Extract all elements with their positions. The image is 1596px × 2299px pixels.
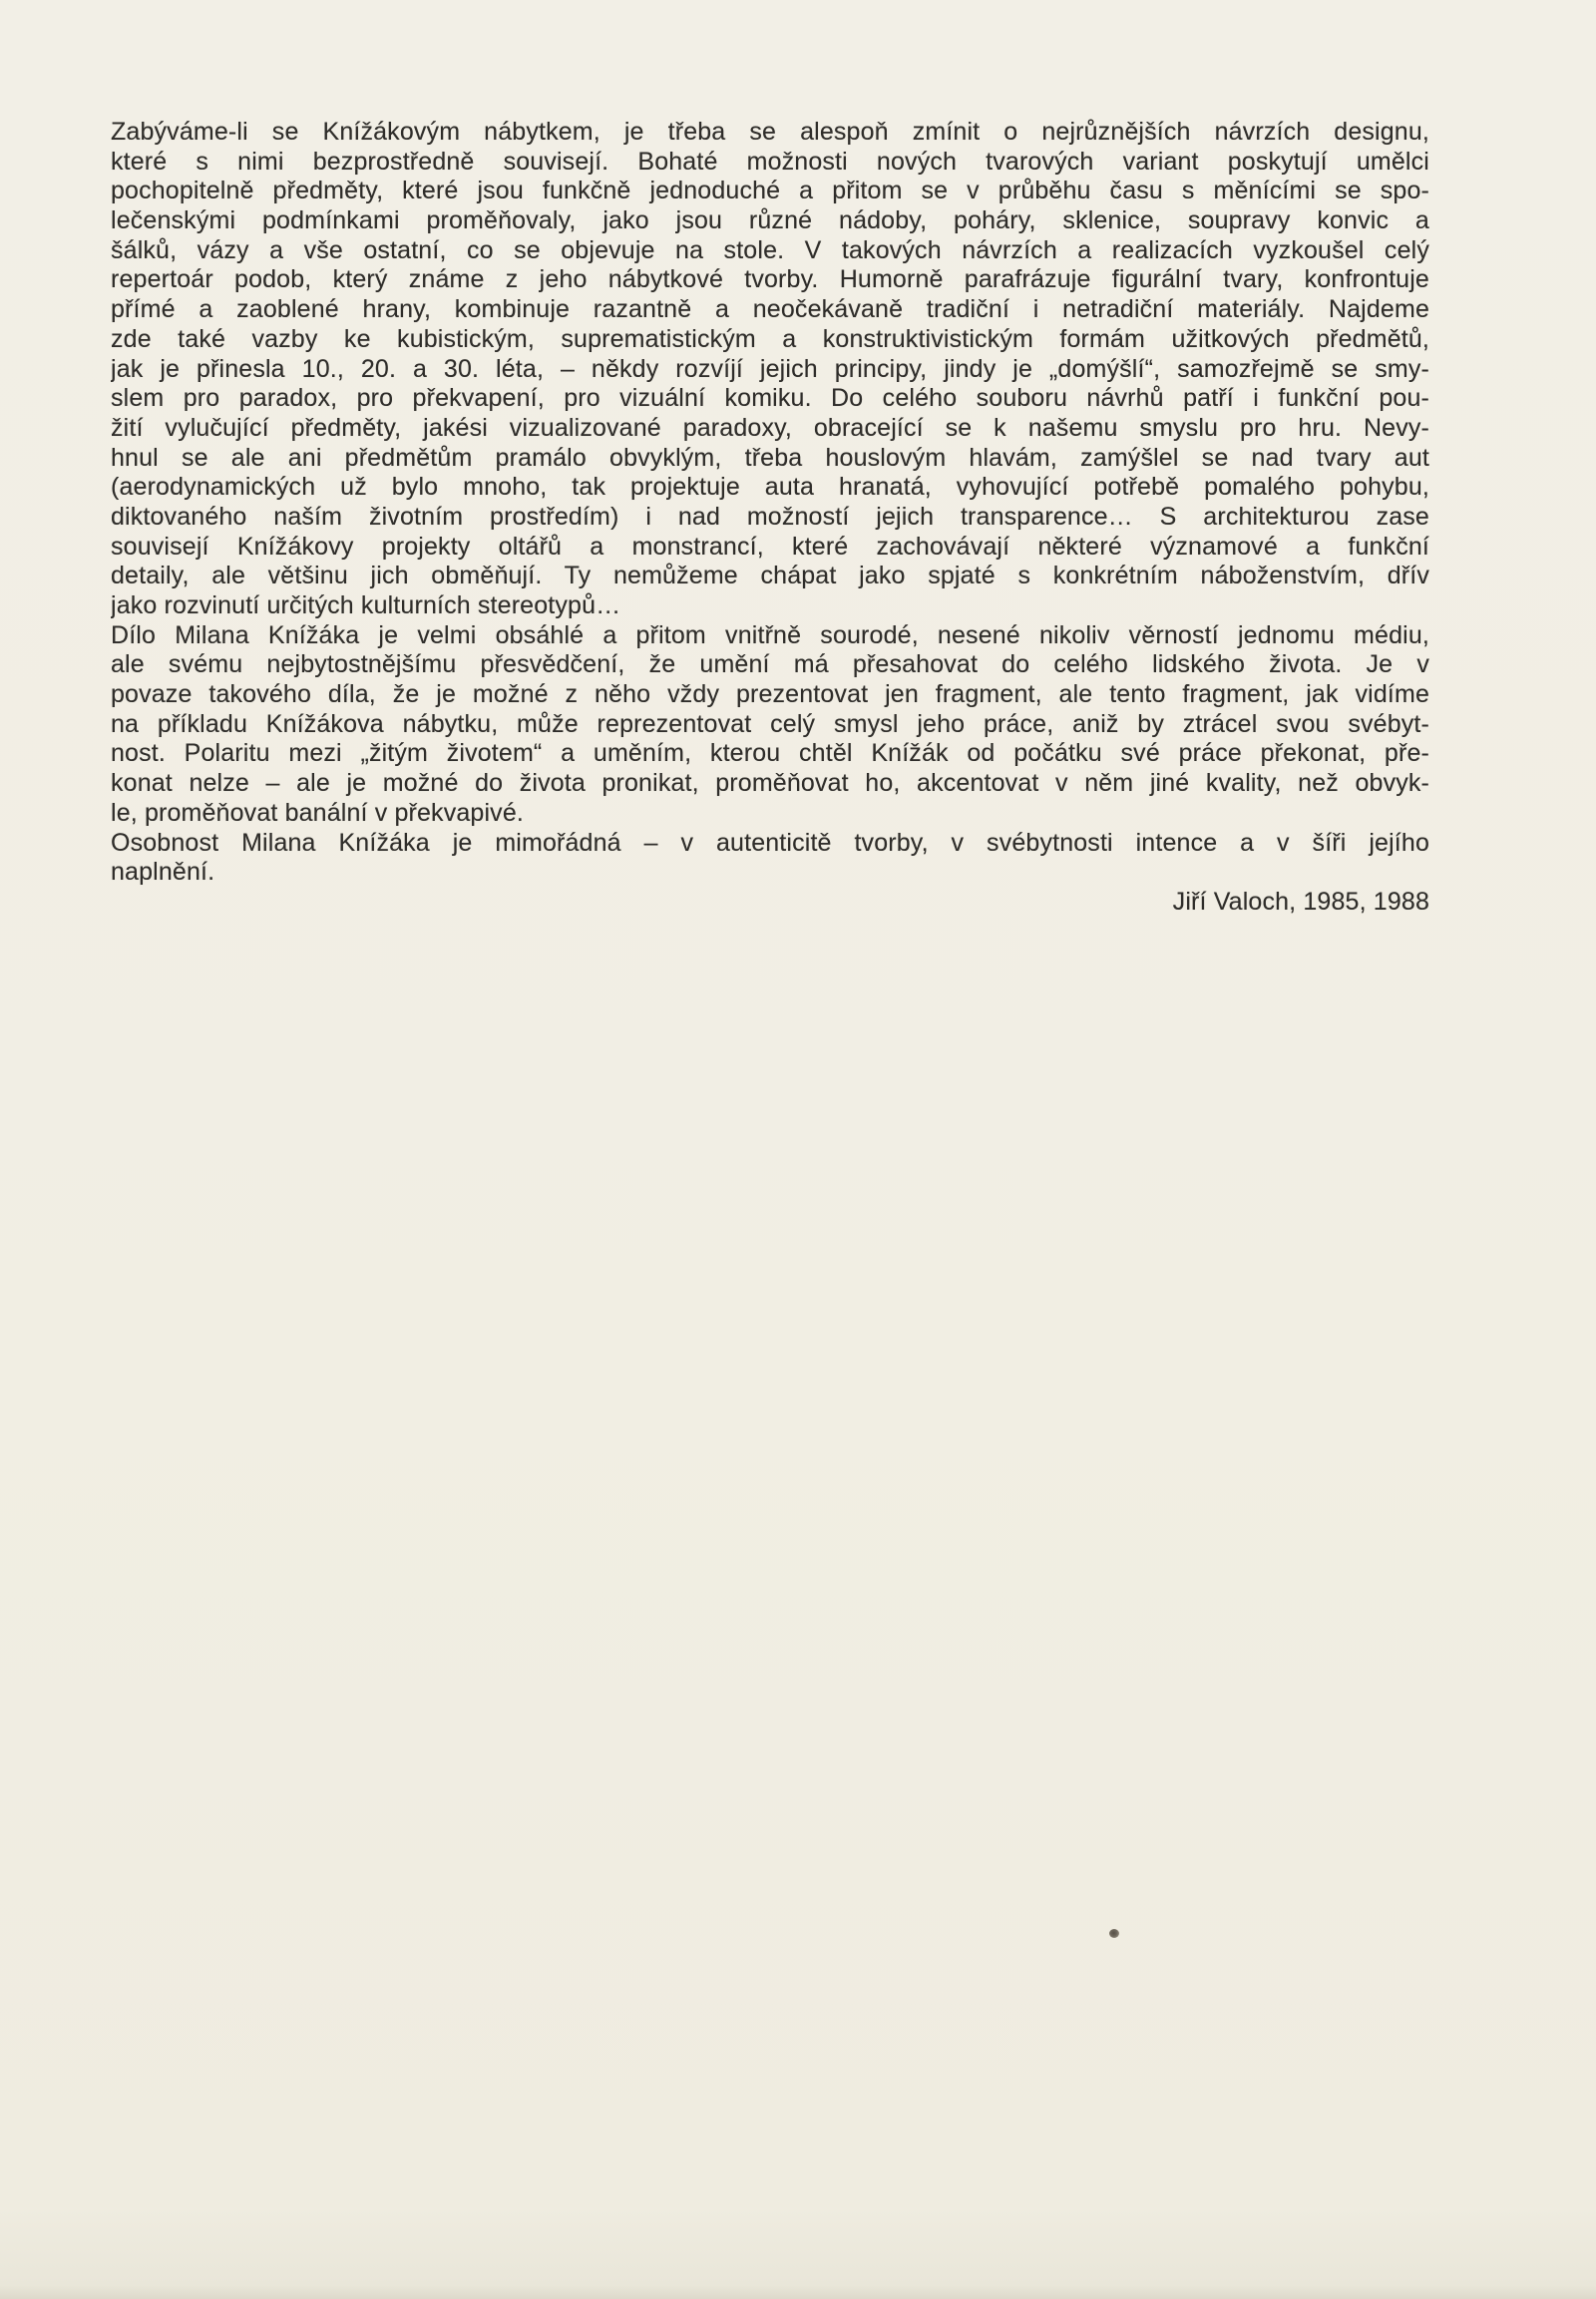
- essay-text: Zabýváme-li se Knížákovým nábytkem, je t…: [111, 118, 1429, 888]
- paper-speck: [1109, 1929, 1119, 1938]
- text-line: pochopitelně předměty, které jsou funkčn…: [111, 177, 1429, 206]
- text-line: konat nelze – ale je možné do života pro…: [111, 769, 1429, 799]
- text-line: slem pro paradox, pro překvapení, pro vi…: [111, 384, 1429, 414]
- text-line: Zabýváme-li se Knížákovým nábytkem, je t…: [111, 118, 1429, 148]
- text-line: jak je přinesla 10., 20. a 30. léta, – n…: [111, 355, 1429, 385]
- text-line: (aerodynamických už bylo mnoho, tak proj…: [111, 473, 1429, 503]
- text-line: na příkladu Knížákova nábytku, může repr…: [111, 710, 1429, 740]
- text-line: diktovaného naším životním prostředím) i…: [111, 503, 1429, 533]
- text-line: le, proměňovat banální v překvapivé.: [111, 799, 1429, 829]
- text-line: lečenskými podmínkami proměňovaly, jako …: [111, 206, 1429, 236]
- text-line: jako rozvinutí určitých kulturních stere…: [111, 591, 1429, 621]
- text-line: zde také vazby ke kubistickým, supremati…: [111, 325, 1429, 355]
- text-line: detaily, ale většinu jich obměňují. Ty n…: [111, 562, 1429, 591]
- text-line: které s nimi bezprostředně souvisejí. Bo…: [111, 148, 1429, 178]
- text-line: repertoár podob, který známe z jeho náby…: [111, 265, 1429, 295]
- text-line: šálků, vázy a vše ostatní, co se objevuj…: [111, 236, 1429, 266]
- text-line: přímé a zaoblené hrany, kombinuje razant…: [111, 295, 1429, 325]
- text-line: nost. Polaritu mezi „žitým životem“ a um…: [111, 739, 1429, 769]
- text-line: naplnění.: [111, 858, 1429, 888]
- text-line: povaze takového díla, že je možné z něho…: [111, 680, 1429, 710]
- text-line: ale svému nejbytostnějšímu přesvědčení, …: [111, 650, 1429, 680]
- text-line: souvisejí Knížákovy projekty oltářů a mo…: [111, 533, 1429, 563]
- text-line: Osobnost Milana Knížáka je mimořádná – v…: [111, 829, 1429, 859]
- signature: Jiří Valoch, 1985, 1988: [111, 888, 1429, 918]
- essay-content: Zabýváme-li se Knížákovým nábytkem, je t…: [111, 118, 1429, 918]
- text-line: hnul se ale ani předmětům pramálo obvykl…: [111, 444, 1429, 474]
- text-line: Dílo Milana Knížáka je velmi obsáhlé a p…: [111, 621, 1429, 651]
- text-line: žití vylučující předměty, jakési vizuali…: [111, 414, 1429, 444]
- scanned-page: Zabýváme-li se Knížákovým nábytkem, je t…: [0, 0, 1596, 2299]
